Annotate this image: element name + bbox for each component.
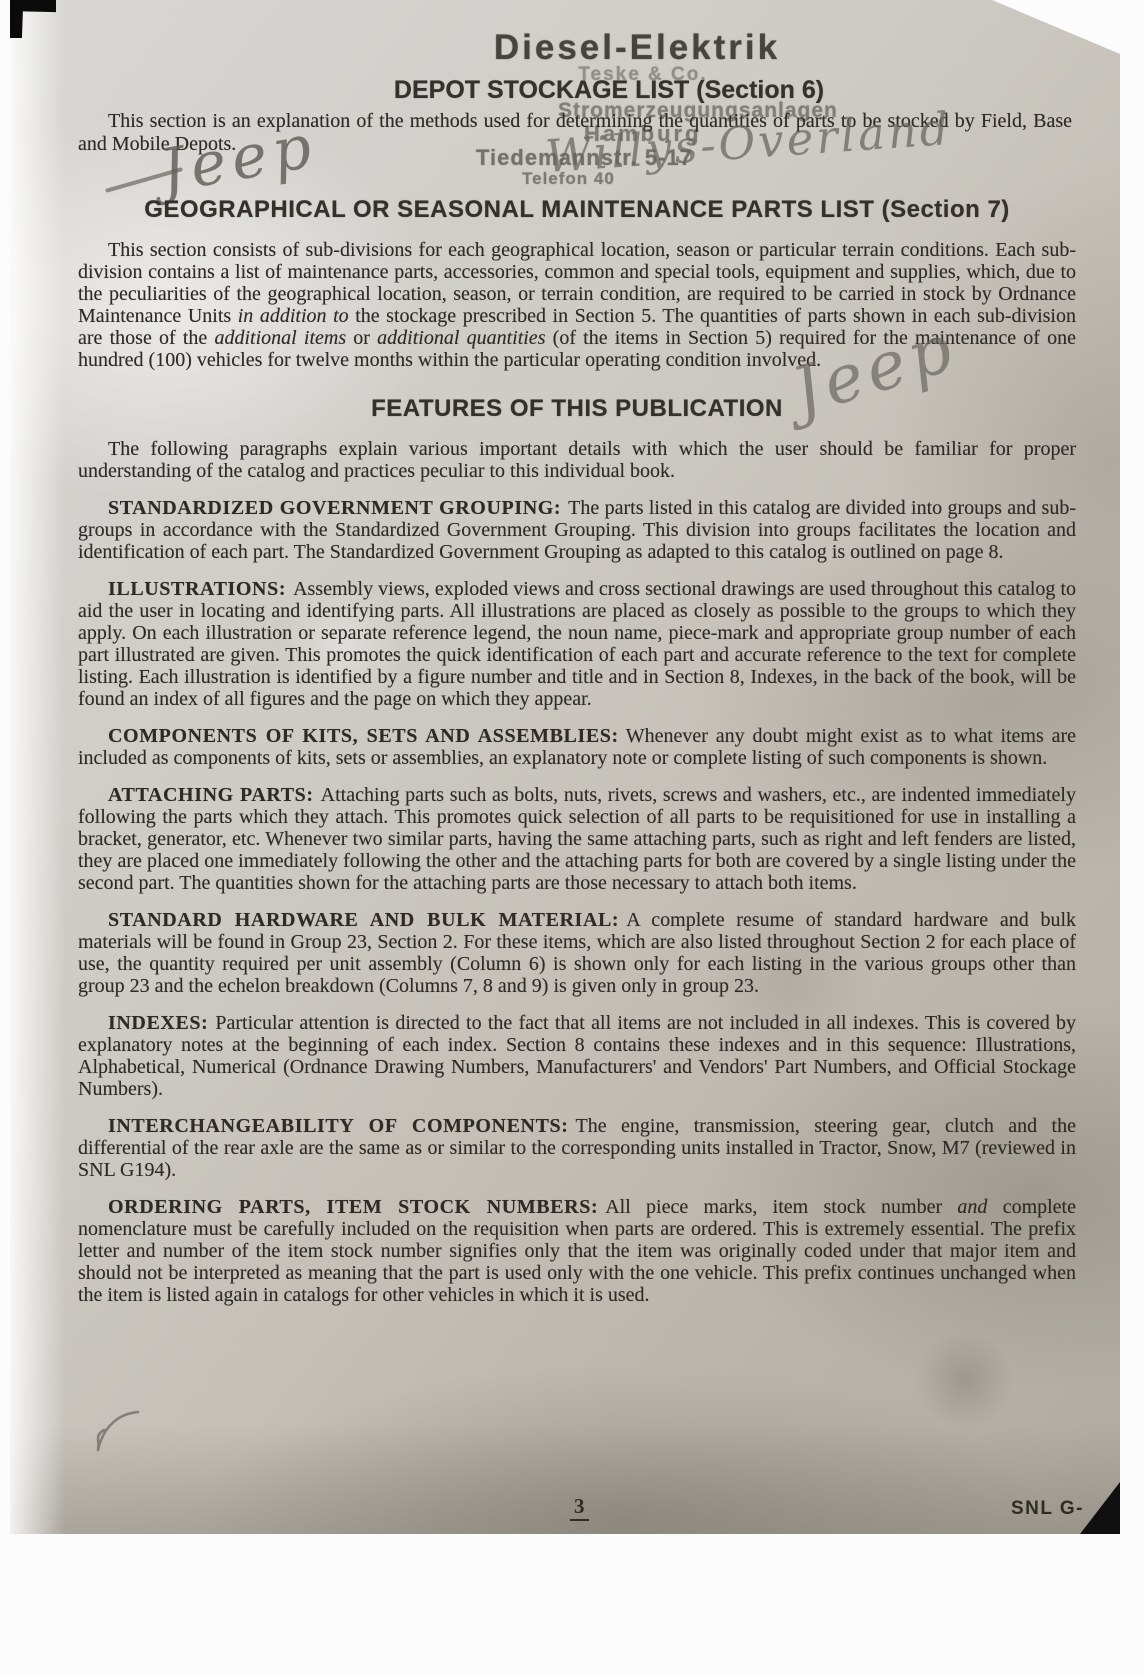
section-heading: COMPONENTS OF KITS, SETS AND ASSEMBLIES: bbox=[108, 725, 619, 747]
scanned-page: Diesel-Elektrik Teske & Co. DEPOT STOCKA… bbox=[0, 0, 1143, 1674]
scan-corner-triangle bbox=[1080, 1482, 1120, 1534]
pen-stroke bbox=[105, 167, 183, 193]
section-heading: ORDERING PARTS, ITEM STOCK NUMBERS: bbox=[108, 1196, 598, 1218]
section-paragraph-illustrations: ILLUSTRATIONS:Assembly views, exploded v… bbox=[78, 578, 1076, 710]
pencil-check-mark bbox=[88, 1402, 160, 1460]
section-paragraph-standardized-grouping: STANDARDIZED GOVERNMENT GROUPING:The par… bbox=[78, 497, 1076, 563]
section-heading: INTERCHANGEABILITY OF COMPONENTS: bbox=[108, 1115, 569, 1137]
features-title-row: FEATURES OF THIS PUBLICATION Jeep bbox=[78, 395, 1076, 423]
section-paragraph-attaching-parts: ATTACHING PARTS:Attaching parts such as … bbox=[78, 784, 1076, 894]
italic-word-and: and bbox=[957, 1196, 987, 1218]
snl-catalog-reference: SNL G- bbox=[1011, 1498, 1084, 1520]
section-heading: ILLUSTRATIONS: bbox=[108, 578, 286, 600]
section-paragraph-standard-hardware: STANDARD HARDWARE AND BULK MATERIAL:A co… bbox=[78, 909, 1076, 997]
page-number: 3 bbox=[570, 1494, 589, 1521]
page-body: GEOGRAPHICAL OR SEASONAL MAINTENANCE PAR… bbox=[10, 196, 1120, 1306]
section-paragraph-components-of-kits: COMPONENTS OF KITS, SETS AND ASSEMBLIES:… bbox=[78, 725, 1076, 769]
section-paragraph-indexes: INDEXES:Particular attention is directed… bbox=[78, 1012, 1076, 1100]
stamp-line-telefon: Telefon 40 bbox=[522, 169, 615, 189]
paper-sheet: Diesel-Elektrik Teske & Co. DEPOT STOCKA… bbox=[10, 0, 1120, 1537]
italic-phrase-additional-items: additional items bbox=[214, 327, 346, 349]
section-paragraph-interchangeability: INTERCHANGEABILITY OF COMPONENTS:The eng… bbox=[78, 1115, 1076, 1181]
italic-phrase-in-addition-to: in addition to bbox=[238, 305, 349, 327]
features-intro-paragraph: The following paragraphs explain various… bbox=[78, 438, 1076, 482]
ordering-text-1: All piece marks, item stock number bbox=[605, 1196, 957, 1218]
section-heading: STANDARD HARDWARE AND BULK MATERIAL: bbox=[108, 909, 619, 931]
features-section-title: FEATURES OF THIS PUBLICATION bbox=[78, 395, 1076, 423]
section-body: Particular attention is directed to the … bbox=[78, 1012, 1076, 1100]
section-heading: ATTACHING PARTS: bbox=[108, 784, 314, 806]
italic-phrase-additional-quantities: additional quantities bbox=[377, 327, 545, 349]
stamp-company-name: Diesel-Elektrik bbox=[82, 28, 1143, 68]
depot-intro-paragraph: This section is an explanation of the me… bbox=[78, 110, 1072, 156]
geo-text-3: or bbox=[346, 327, 377, 349]
section-heading: STANDARDIZED GOVERNMENT GROUPING: bbox=[108, 497, 561, 519]
section-paragraph-ordering-parts: ORDERING PARTS, ITEM STOCK NUMBERS:All p… bbox=[78, 1196, 1076, 1306]
header-zone: Diesel-Elektrik Teske & Co. DEPOT STOCKA… bbox=[10, 0, 1120, 196]
geographical-section-title: GEOGRAPHICAL OR SEASONAL MAINTENANCE PAR… bbox=[78, 196, 1076, 224]
section-heading: INDEXES: bbox=[108, 1012, 208, 1034]
